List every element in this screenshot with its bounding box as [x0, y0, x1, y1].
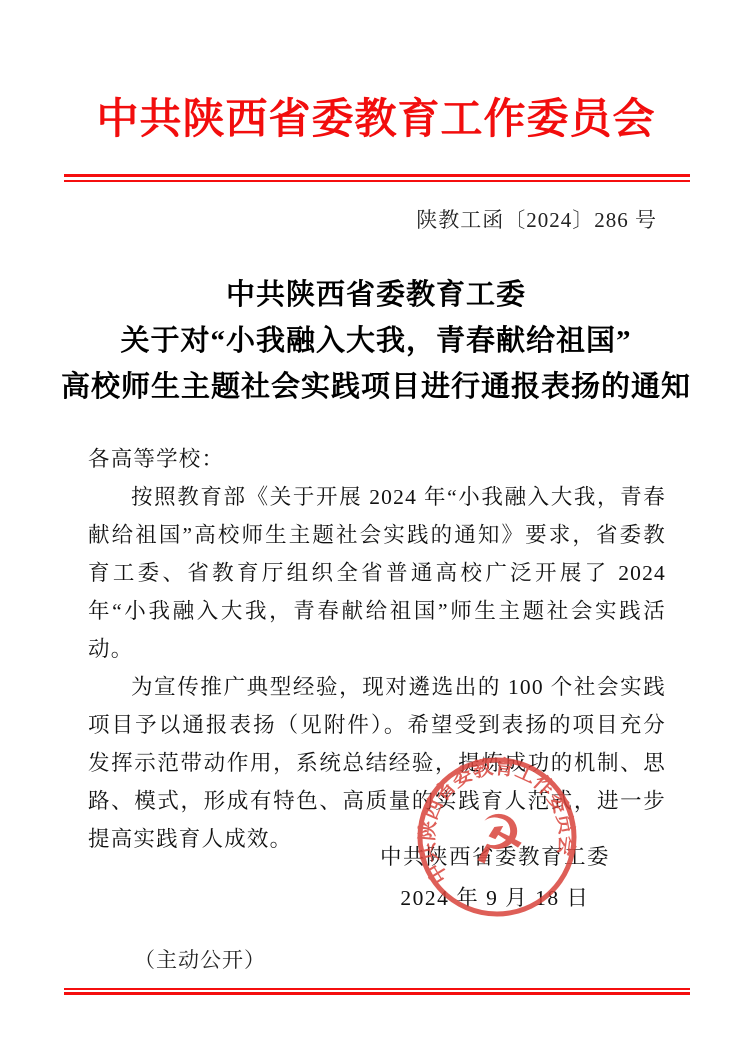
document-title: 中共陕西省委教育工委 关于对“小我融入大我，青春献给祖国” 高校师生主题社会实践… [30, 272, 722, 410]
document-body: 各高等学校： 按照教育部《关于开展 2024 年“小我融入大我，青春献给祖国”高… [88, 440, 666, 858]
document-number: 陕教工函〔2024〕286 号 [416, 204, 657, 234]
body-paragraph-1: 按照教育部《关于开展 2024 年“小我融入大我，青春献给祖国”高校师生主题社会… [88, 478, 666, 668]
disclosure-note: （主动公开） [134, 944, 266, 974]
signer-org-name: 中共陕西省委教育工委 [380, 843, 610, 871]
document-title-line-3: 高校师生主题社会实践项目进行通报表扬的通知 [30, 364, 722, 410]
footer-red-rule [64, 988, 690, 995]
letterhead-red-rule [64, 174, 690, 182]
document-title-line-1: 中共陕西省委教育工委 [30, 272, 722, 318]
salutation: 各高等学校： [88, 440, 666, 478]
document-page: 中共陕西省委教育工作委员会 陕教工函〔2024〕286 号 中共陕西省委教育工委… [0, 0, 752, 1052]
closing-block: 中共陕西省委教育工委 2024 年 9 月 18 日 [380, 843, 610, 912]
letterhead-org-name: 中共陕西省委教育工作委员会 [0, 86, 752, 146]
signature-date: 2024 年 9 月 18 日 [380, 884, 610, 912]
document-title-line-2: 关于对“小我融入大我，青春献给祖国” [30, 318, 722, 364]
body-paragraph-2: 为宣传推广典型经验，现对遴选出的 100 个社会实践项目予以通报表扬（见附件）。… [88, 668, 666, 858]
